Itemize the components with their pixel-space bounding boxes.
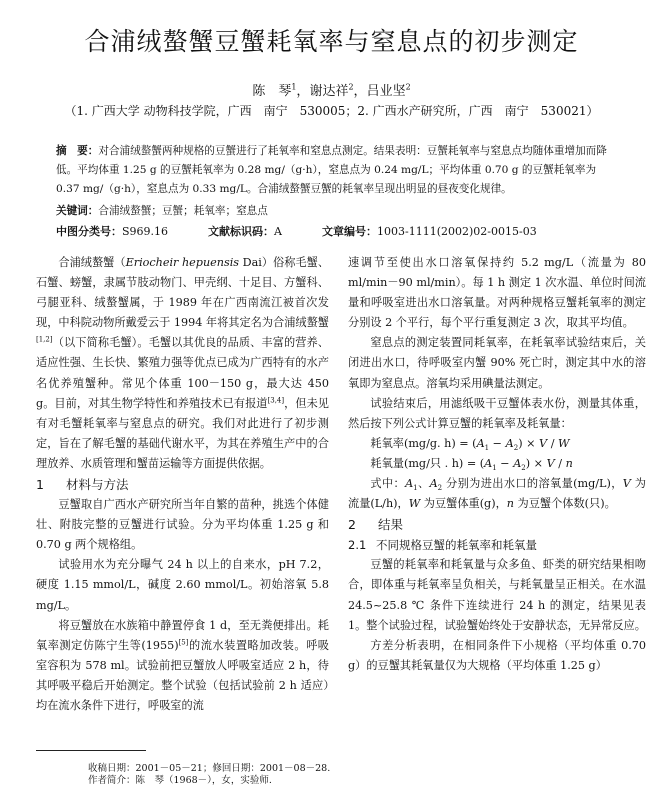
formula-oxygen-rate: 耗氧率(mg/g. h) = (A1 − A2) × V / W — [348, 434, 646, 454]
abstract-text: 对合浦绒螯蟹两种规格的豆蟹进行了耗氧率和窒息点测定。结果表明：豆蟹耗氧率与窒息点… — [56, 145, 607, 195]
abstract: 摘 要：对合浦绒螯蟹两种规格的豆蟹进行了耗氧率和窒息点测定。结果表明：豆蟹耗氧率… — [56, 142, 616, 199]
subsection-heading: 2.1不同规格豆蟹的耗氧率和耗氧量 — [348, 535, 646, 555]
footnote-rule — [36, 750, 146, 751]
section-heading-methods: 1材料与方法 — [36, 474, 329, 495]
section-title: 结果 — [378, 517, 403, 532]
article-id: 文章编号：1003-1111(2002)02-0015-03 — [322, 223, 537, 239]
author-separator: ， — [296, 84, 309, 99]
results-paragraph: 豆蟹的耗氧率和耗氧量与众多鱼、虾类的研究结果相吻合，即体重与耗氧率呈负相关，与耗… — [348, 555, 646, 635]
right-column: 速调节至使出水口溶氧保持约 5.2 mg/L（流量为 80 ml/min－90 … — [348, 253, 646, 676]
footnote: 收稿日期：2001－05－21；修回日期：2001－08－28. 作者简介：陈 … — [88, 763, 330, 787]
author-affil-mark: 2 — [406, 83, 411, 92]
clc-value: S969.16 — [122, 225, 168, 238]
author-bio: 作者简介：陈 琴（1968－），女，实验师. — [88, 775, 330, 787]
paper-title: 合浦绒螯蟹豆蟹耗氧率与窒息点的初步测定 — [0, 22, 663, 58]
clc-number: 中图分类号：S969.16 — [56, 223, 168, 239]
section-title: 材料与方法 — [66, 477, 129, 492]
calculation-paragraph: 试验结束后，用滤纸吸干豆蟹体表水份，测量其体重，然后按下列公式计算豆蟹的耗氧率及… — [348, 394, 646, 434]
section-heading-results: 2结果 — [348, 514, 646, 535]
variable: n — [566, 457, 573, 470]
document-code: 文献标识码：A — [208, 223, 282, 239]
citation: [5] — [179, 638, 189, 646]
abstract-label: 摘 要： — [56, 145, 98, 157]
intro-paragraph: 合浦绒螯蟹（Eriocheir hepuensis Dai）俗称毛蟹、石蟹、螃蟹… — [36, 253, 329, 474]
text: 式中： — [370, 477, 405, 490]
text: 为豆蟹体重(g)， — [420, 497, 507, 510]
keywords-text: 合浦绒螯蟹；豆蟹；耗氧率；窒息点 — [98, 205, 268, 217]
materials-paragraph: 豆蟹取自广西水产研究所当年自繁的苗种，挑选个体健壮、附肢完整的豆蟹进行试验。分为… — [36, 495, 329, 555]
author-list: 陈 琴1，谢达祥2，吕业坚2 — [0, 80, 663, 99]
author-separator: ， — [354, 84, 367, 99]
doc-code-label: 文献标识码： — [208, 225, 274, 238]
variance-paragraph: 方差分析表明，在相同条件下小规格（平均体重 0.70 g）的豆蟹其耗氧量仅为大规… — [348, 636, 646, 676]
flow-paragraph: 速调节至使出水口溶氧保持约 5.2 mg/L（流量为 80 ml/min－90 … — [348, 253, 646, 333]
article-id-label: 文章编号： — [322, 225, 377, 238]
clc-label: 中图分类号： — [56, 225, 122, 238]
formula-legend: 式中：A1、A2 分别为进出水口的溶氧量(mg/L)，V 为流量(L/h)，W … — [348, 474, 646, 514]
formula-oxygen-amount: 耗氧量(mg/只 . h) = (A1 − A2) × V / n — [348, 454, 646, 474]
water-paragraph: 试验用水为充分曝气 24 h 以上的自来水，pH 7.2，硬度 1.15 mmo… — [36, 555, 329, 615]
classification-line: 中图分类号：S969.16 文献标识码：A 文章编号：1003-1111(200… — [56, 223, 616, 239]
section-number: 2 — [348, 514, 378, 535]
species-name: Eriocheir hepuensis — [126, 256, 240, 269]
keywords: 关键词：合浦绒螯蟹；豆蟹；耗氧率；窒息点 — [56, 203, 268, 218]
text: 合浦绒螯蟹（ — [58, 256, 125, 269]
asphyxiation-paragraph: 窒息点的测定装置同耗氧率，在耗氧率试验结束后，关闭进出水口，待呼吸室内蟹 90%… — [348, 333, 646, 393]
affiliations: （1. 广西大学 动物科技学院，广西 南宁 530005；2. 广西水产研究所，… — [0, 102, 663, 119]
procedure-paragraph: 将豆蟹放在水族箱中静置停食 1 d，至无粪便排出。耗氧率测定仿陈宁生等(1955… — [36, 616, 329, 716]
author-name: 谢达祥 — [309, 84, 348, 99]
author-name: 陈 琴 — [252, 84, 291, 99]
subsection-number: 2.1 — [348, 535, 376, 555]
text: 为豆蟹个体数(只)。 — [514, 497, 616, 510]
text: 耗氧率(mg/g. h) = ( — [370, 437, 476, 450]
article-id-value: 1003-1111(2002)02-0015-03 — [377, 225, 537, 238]
text: 耗氧量(mg/只 . h) = ( — [370, 457, 484, 470]
variable: W — [558, 437, 570, 450]
keywords-label: 关键词： — [56, 205, 98, 217]
section-number: 1 — [36, 474, 66, 495]
left-column: 合浦绒螯蟹（Eriocheir hepuensis Dai）俗称毛蟹、石蟹、螃蟹… — [36, 253, 329, 716]
text: 分别为进出水口的溶氧量(mg/L)， — [442, 477, 623, 490]
author-name: 吕业坚 — [367, 84, 406, 99]
received-date: 收稿日期：2001－05－21；修回日期：2001－08－28. — [88, 763, 330, 775]
citation: [3,4] — [268, 396, 285, 404]
doc-code-value: A — [274, 225, 282, 238]
subsection-title: 不同规格豆蟹的耗氧率和耗氧量 — [376, 538, 537, 552]
citation: [1,2] — [36, 336, 53, 344]
